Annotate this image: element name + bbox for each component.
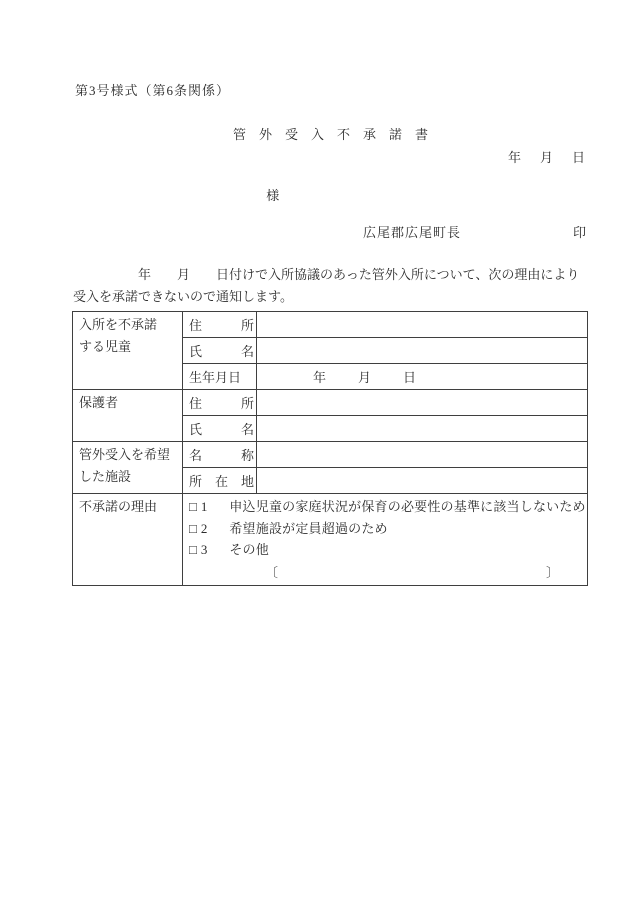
guardian-group-label: 保護者 (73, 390, 183, 442)
reason-checkbox-2[interactable]: □ (189, 518, 197, 540)
reason-text-3: その他 (229, 539, 269, 561)
facility-group-label: 管外受入を希望 した施設 (73, 442, 183, 494)
reason-option-1: □ 1 申込児童の家庭状況が保育の必要性の基準に該当しないため (189, 496, 581, 518)
facility-name-value[interactable] (257, 442, 588, 468)
child-birthdate-label: 生年月日 (183, 364, 257, 390)
guardian-name-value[interactable] (257, 416, 588, 442)
page-title: 管 外 受 入 不 承 諾 書 (73, 124, 588, 143)
table-row: 入所を不承諾 する児童 住 所 (73, 312, 588, 338)
issue-date-placeholder: 年 月 日 (73, 147, 588, 166)
reason-number-2: 2 (201, 518, 208, 540)
reason-options-cell: □ 1 申込児童の家庭状況が保育の必要性の基準に該当しないため □ 2 希望施設… (183, 494, 588, 586)
reason-number-1: 1 (201, 496, 208, 518)
child-address-label: 住 所 (183, 312, 257, 338)
reason-text-2: 希望施設が定員超過のため (229, 518, 387, 540)
table-row: 保護者 住 所 (73, 390, 588, 416)
addressee-honorific: 様 (266, 188, 279, 203)
birthdate-placeholder: 年 月 日 (263, 370, 418, 385)
guardian-address-label: 住 所 (183, 390, 257, 416)
guardian-name-label: 氏 名 (183, 416, 257, 442)
body-line-1: 年 月 日付けで入所協議のあった管外入所について、次の理由により (73, 264, 590, 286)
reason-checkbox-3[interactable]: □ (189, 539, 197, 561)
sender-line: 広尾郡広尾町長 印 (73, 222, 588, 241)
reason-group-label: 不承諾の理由 (73, 494, 183, 586)
facility-location-label: 所 在 地 (183, 468, 257, 494)
sender-name: 広尾郡広尾町長 (363, 222, 461, 241)
notice-table: 入所を不承諾 する児童 住 所 氏 名 生年月日 年 月 日 保護者 住 所 (72, 311, 588, 586)
facility-name-label: 名 称 (183, 442, 257, 468)
other-reason-field[interactable]: 〔 〕 (189, 562, 581, 583)
reason-option-2: □ 2 希望施設が定員超過のため (189, 518, 581, 540)
form-number: 第3号様式（第6条関係） (75, 80, 230, 99)
child-address-value[interactable] (257, 312, 588, 338)
child-birthdate-value[interactable]: 年 月 日 (257, 364, 588, 390)
addressee-line: 様 (73, 185, 279, 204)
child-name-label: 氏 名 (183, 338, 257, 364)
reason-checkbox-1[interactable]: □ (189, 496, 197, 518)
table-row: 管外受入を希望 した施設 名 称 (73, 442, 588, 468)
child-name-value[interactable] (257, 338, 588, 364)
bracket-open: 〔 (265, 562, 278, 583)
reason-text-1: 申込児童の家庭状況が保育の必要性の基準に該当しないため (229, 496, 585, 518)
reason-number-3: 3 (201, 539, 208, 561)
facility-location-value[interactable] (257, 468, 588, 494)
body-line-2: 受入を承諾できないので通知します。 (73, 286, 590, 308)
reason-option-3: □ 3 その他 (189, 539, 581, 561)
guardian-address-value[interactable] (257, 390, 588, 416)
document-page: 第3号様式（第6条関係） 管 外 受 入 不 承 諾 書 年 月 日 様 広尾郡… (0, 0, 630, 915)
bracket-close: 〕 (546, 562, 559, 583)
body-paragraph: 年 月 日付けで入所協議のあった管外入所について、次の理由により 受入を承諾でき… (73, 264, 590, 308)
child-group-label: 入所を不承諾 する児童 (73, 312, 183, 390)
table-row: 不承諾の理由 □ 1 申込児童の家庭状況が保育の必要性の基準に該当しないため □… (73, 494, 588, 586)
addressee-name-field[interactable] (73, 188, 263, 204)
seal-mark: 印 (573, 222, 586, 241)
